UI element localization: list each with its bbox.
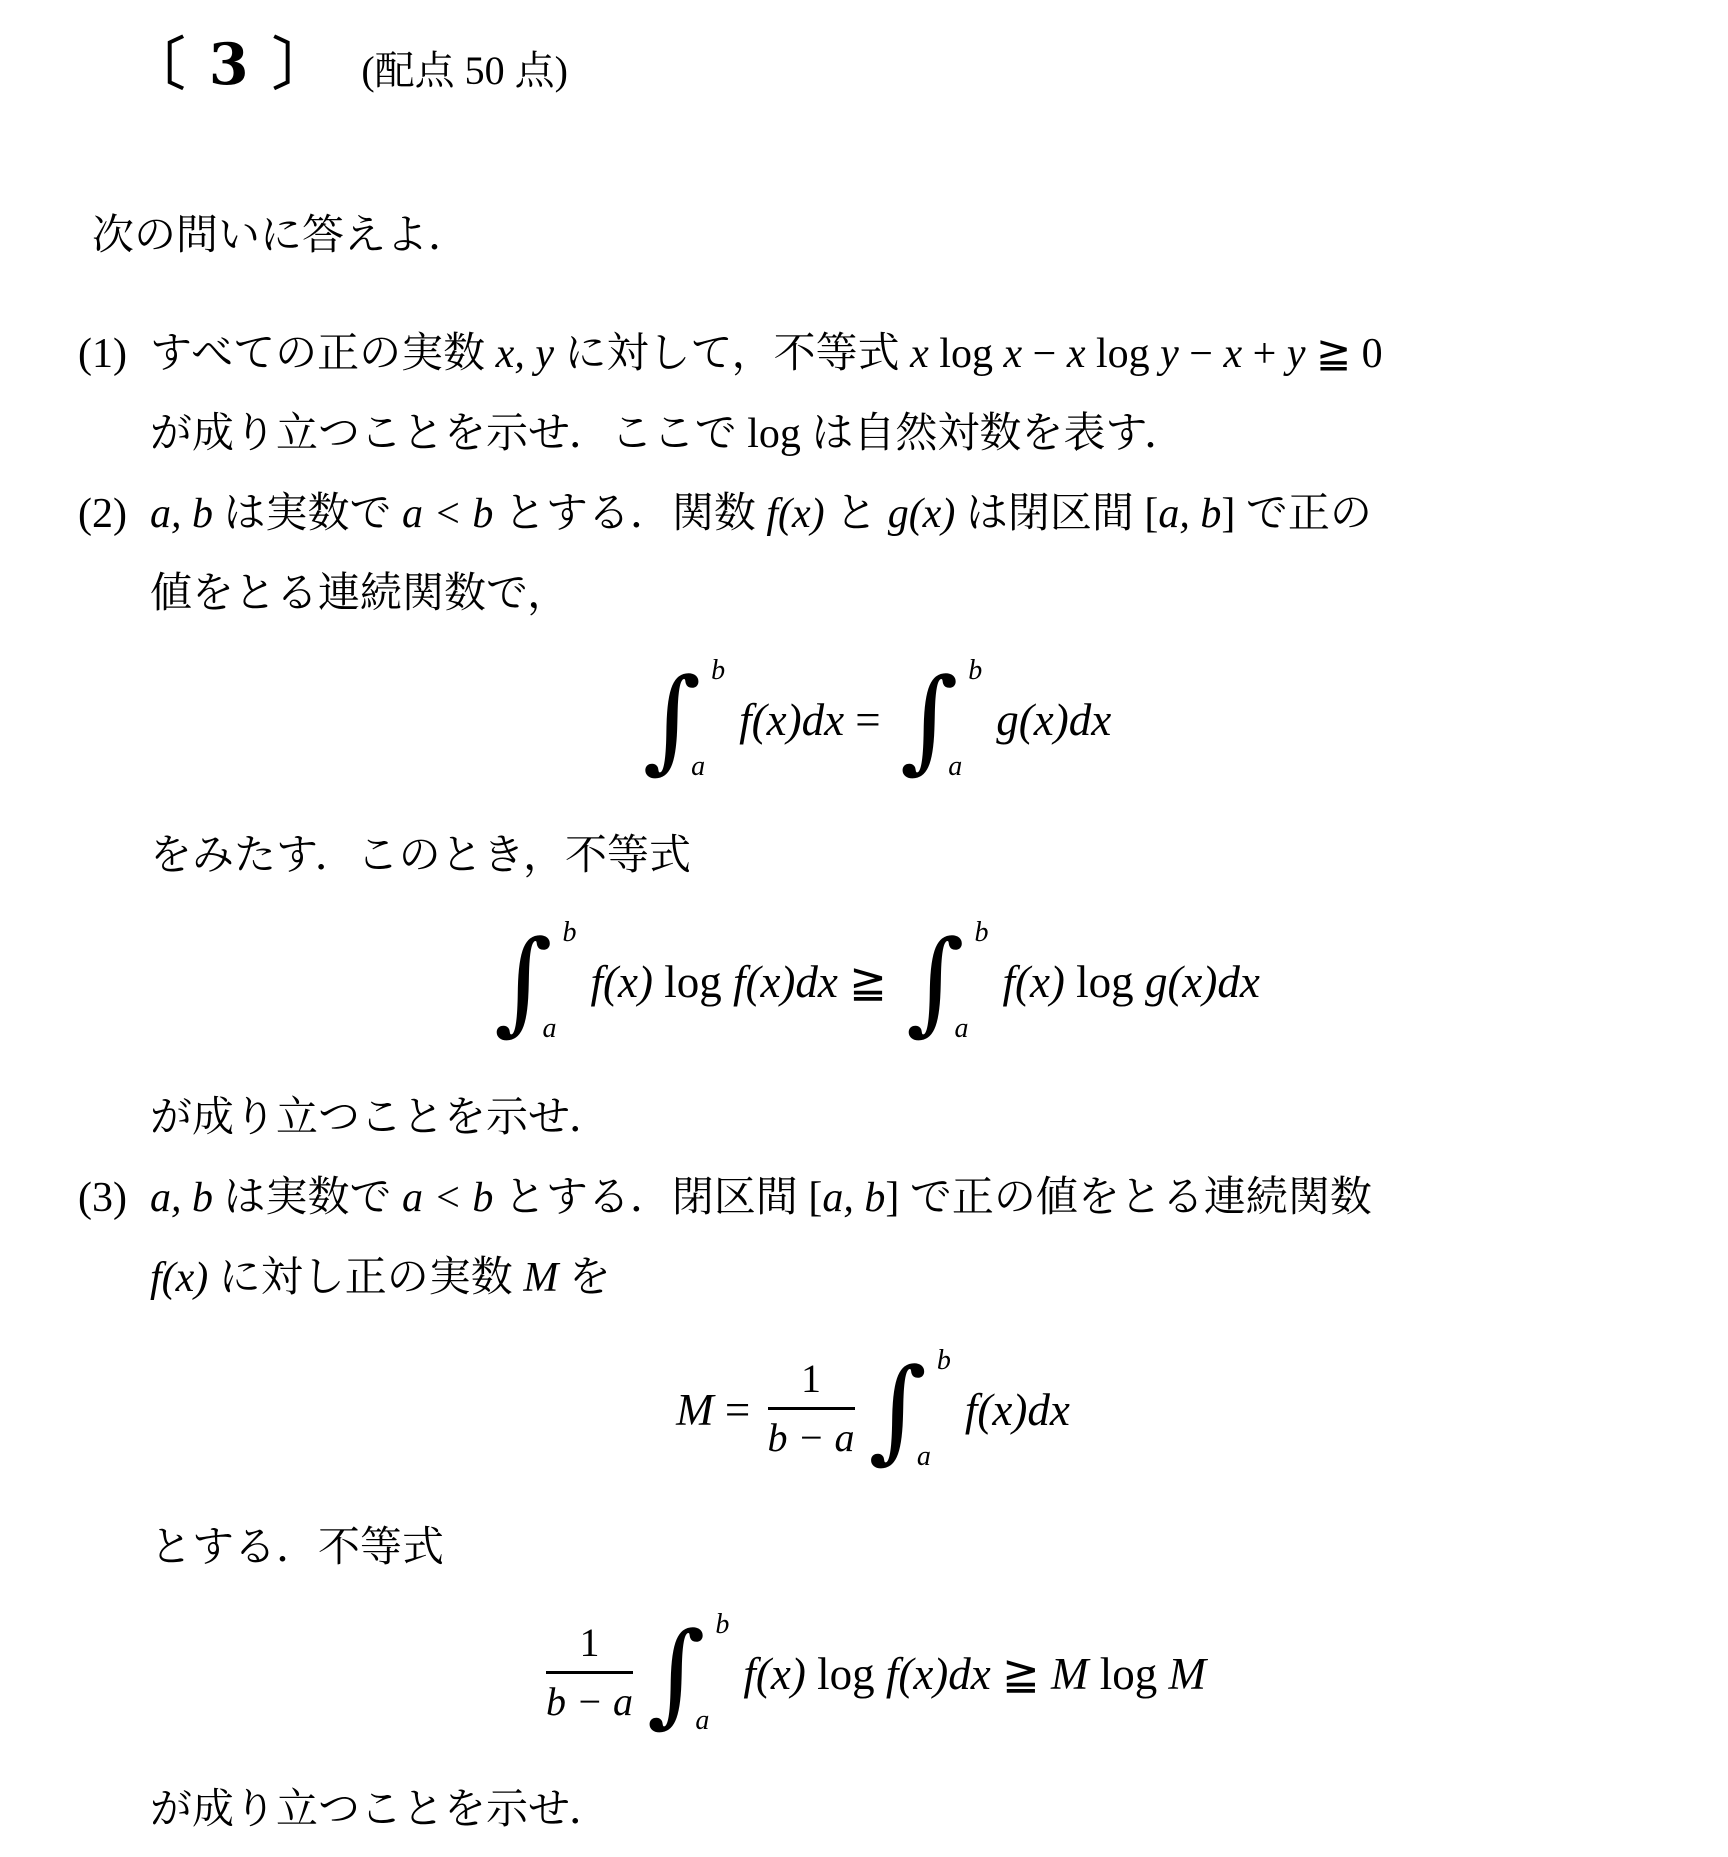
text-segment: f(x) — [150, 1255, 208, 1301]
text-segment: a, b — [1158, 491, 1221, 537]
integral-upper-limit: b — [711, 657, 737, 685]
text-segment: x, y — [496, 331, 554, 377]
equation-term: f(x)dx — [733, 950, 838, 1014]
fraction: 1b − a — [546, 1618, 633, 1727]
fraction-bar — [546, 1671, 633, 1674]
fraction-numerator: 1 — [801, 1354, 821, 1404]
text-segment: − — [1022, 331, 1067, 377]
integral-upper-limit: b — [968, 657, 994, 685]
display-equation-4: 1b − a∫baf(x) log f(x)dx ≧ M log M — [78, 1600, 1668, 1748]
text-segment: [ — [808, 1175, 822, 1221]
problem-2-text-line-2: 値をとる連続関数で， — [150, 554, 1668, 634]
text-segment: で正の — [1235, 491, 1372, 537]
integral-lower-limit: a — [954, 1015, 1000, 1043]
problem-2-text-line-4: が成り立つことを示せ． — [150, 1078, 1668, 1158]
points-label: (配点 50 点) — [361, 39, 568, 96]
problem-3-line-3: とする．不等式 — [78, 1508, 1668, 1588]
text-segment: が成り立つことを示せ． — [150, 1095, 611, 1141]
integral-upper-limit: b — [974, 919, 1000, 947]
equation-term: f(x) — [591, 950, 665, 1014]
problem-1-text-line-2: が成り立つことを示せ．ここで log は自然対数を表す． — [150, 394, 1668, 474]
equation-term: log — [1076, 950, 1145, 1014]
text-segment: a < b — [402, 1175, 493, 1221]
text-segment: a, b — [822, 1175, 885, 1221]
text-segment: と — [825, 491, 888, 537]
problem-3-text-line-3: とする．不等式 — [150, 1508, 1668, 1588]
problem-3-text-line-1: a, b は実数で a < b とする．閉区間 [a, b] で正の値をとる連続… — [150, 1158, 1668, 1238]
text-segment: a, b — [150, 1175, 213, 1221]
text-segment: y — [1160, 331, 1179, 377]
text-segment: が成り立つことを示せ． — [150, 1787, 611, 1833]
problem-1-line-1: (1) すべての正の実数 x, y に対して，不等式 x log x − x l… — [78, 314, 1668, 394]
equation-term: f(x)dx — [886, 1642, 991, 1706]
text-segment: f(x) — [766, 491, 824, 537]
problem-3-label: (3) — [78, 1158, 150, 1238]
problem-3-line-1: (3) a, b は実数で a < b とする．閉区間 [a, b] で正の値を… — [78, 1158, 1668, 1238]
integral: ∫ba — [900, 651, 994, 789]
problem-2-line-1: (2) a, b は実数で a < b とする．関数 f(x) と g(x) は… — [78, 474, 1668, 554]
integral-lower-limit: a — [948, 753, 994, 781]
text-segment: y — [1287, 331, 1306, 377]
intro-text: 次の問いに答えよ． — [92, 196, 1668, 276]
text-segment: は自然対数を表す． — [801, 411, 1186, 457]
equation-term: = — [714, 1378, 762, 1442]
equation-term: M — [1051, 1642, 1100, 1706]
fraction-denominator: b − a — [546, 1677, 633, 1727]
text-segment: で正の値をとる連続関数 — [899, 1175, 1372, 1221]
text-segment: ≧ 0 — [1305, 331, 1382, 377]
equation-term: g(x)dx — [1145, 950, 1260, 1014]
problem-1-line-2: が成り立つことを示せ．ここで log は自然対数を表す． — [78, 394, 1668, 474]
fraction: 1b − a — [768, 1354, 855, 1463]
text-segment: log — [939, 331, 1003, 377]
text-segment: とする．不等式 — [150, 1525, 444, 1571]
problem-1-label: (1) — [78, 314, 150, 394]
fraction-bar — [768, 1407, 855, 1410]
text-segment: a, b — [150, 491, 213, 537]
problem-1-text-line-1: すべての正の実数 x, y に対して，不等式 x log x − x log y… — [150, 314, 1668, 394]
equation-term: log — [817, 1642, 886, 1706]
integral-upper-limit: b — [563, 919, 589, 947]
text-segment: は閉区間 — [955, 491, 1144, 537]
equation-term: ≧ — [838, 950, 898, 1014]
text-segment: log — [1096, 331, 1160, 377]
problem-2-text-line-1: a, b は実数で a < b とする．関数 f(x) と g(x) は閉区間 … — [150, 474, 1668, 554]
text-segment: とする．関数 — [493, 491, 766, 537]
problem-2-line-2: 値をとる連続関数で， — [78, 554, 1668, 634]
problem-2-line-4: が成り立つことを示せ． — [78, 1078, 1668, 1158]
text-segment: g(x) — [888, 491, 956, 537]
integral-lower-limit: a — [695, 1707, 741, 1735]
text-segment: に対して，不等式 — [554, 331, 910, 377]
fraction-numerator: 1 — [580, 1618, 600, 1668]
integral-limits: ba — [927, 1341, 963, 1479]
display-equation-2: ∫baf(x) log f(x)dx ≧ ∫baf(x) log g(x)dx — [78, 908, 1668, 1056]
integral: ∫ba — [647, 1605, 741, 1743]
equation-term: f(x)dx — [965, 1378, 1070, 1442]
text-segment: を — [558, 1255, 611, 1301]
equation-term: f(x)dx — [739, 688, 844, 752]
problem-3-line-2: f(x) に対し正の実数 M を — [78, 1238, 1668, 1318]
integral: ∫ba — [869, 1341, 963, 1479]
integral-upper-limit: b — [715, 1611, 741, 1639]
problem-2-line-3: をみたす．このとき，不等式 — [78, 816, 1668, 896]
exam-page: 〔 3 〕 (配点 50 点) 次の問いに答えよ． (1) すべての正の実数 x… — [0, 0, 1728, 1857]
text-segment: 次の問いに答えよ． — [92, 213, 470, 259]
integral: ∫ba — [494, 913, 588, 1051]
integral-lower-limit: a — [543, 1015, 589, 1043]
text-segment: x — [1067, 331, 1096, 377]
problem-3-text-line-2: f(x) に対し正の実数 M を — [150, 1238, 1668, 1318]
text-segment: a < b — [402, 491, 493, 537]
problem-2-label: (2) — [78, 474, 150, 554]
display-equation-3: M = 1b − a∫baf(x)dx — [78, 1332, 1668, 1488]
equation-term: M — [1168, 1642, 1206, 1706]
text-segment: x — [1003, 331, 1022, 377]
integral-lower-limit: a — [917, 1443, 963, 1471]
integral-limits: ba — [705, 1605, 741, 1743]
text-segment: に対し正の実数 — [208, 1255, 523, 1301]
integral-lower-limit: a — [691, 753, 737, 781]
text-segment: が成り立つことを示せ．ここで — [150, 411, 747, 457]
problem-3-text-line-4: が成り立つことを示せ． — [150, 1770, 1668, 1850]
equation-term: g(x)dx — [996, 688, 1111, 752]
integral: ∫ba — [906, 913, 1000, 1051]
text-segment: [ — [1144, 491, 1158, 537]
display-equation-1: ∫baf(x)dx = ∫bag(x)dx — [78, 646, 1668, 794]
equation-term: log — [1100, 1642, 1169, 1706]
integral-limits: ba — [964, 913, 1000, 1051]
text-segment: すべての正の実数 — [150, 331, 496, 377]
intro-line: 次の問いに答えよ． — [92, 196, 1668, 276]
equation-term: f(x) — [743, 1642, 817, 1706]
problem-header: 〔 3 〕 (配点 50 点) — [128, 26, 1668, 104]
text-segment: log — [747, 411, 801, 457]
text-segment: は実数で — [213, 491, 402, 537]
integral-limits: ba — [701, 651, 737, 789]
text-segment: + — [1242, 331, 1287, 377]
fraction-denominator: b − a — [768, 1413, 855, 1463]
integral: ∫ba — [643, 651, 737, 789]
text-segment: は実数で — [213, 1175, 402, 1221]
text-segment: をみたす．このとき，不等式 — [150, 833, 691, 879]
text-segment: M — [523, 1255, 558, 1301]
integral-upper-limit: b — [937, 1347, 963, 1375]
text-segment: x — [910, 331, 939, 377]
equation-term: = — [844, 688, 892, 752]
integral-limits: ba — [958, 651, 994, 789]
problem-3-line-4: が成り立つことを示せ． — [78, 1770, 1668, 1850]
text-segment: ] — [885, 1175, 899, 1221]
equation-term: log — [664, 950, 733, 1014]
integral-limits: ba — [553, 913, 589, 1051]
equation-term: ≧ — [991, 1642, 1051, 1706]
equation-term: f(x) — [1002, 950, 1076, 1014]
problem-2-text-line-3: をみたす．このとき，不等式 — [150, 816, 1668, 896]
text-segment: とする．閉区間 — [493, 1175, 808, 1221]
text-segment: ] — [1221, 491, 1235, 537]
text-segment: x — [1223, 331, 1242, 377]
equation-term: M — [676, 1378, 714, 1442]
text-segment: − — [1179, 331, 1224, 377]
problem-number: 〔 3 〕 — [128, 26, 331, 104]
text-segment: 値をとる連続関数で， — [150, 571, 569, 617]
